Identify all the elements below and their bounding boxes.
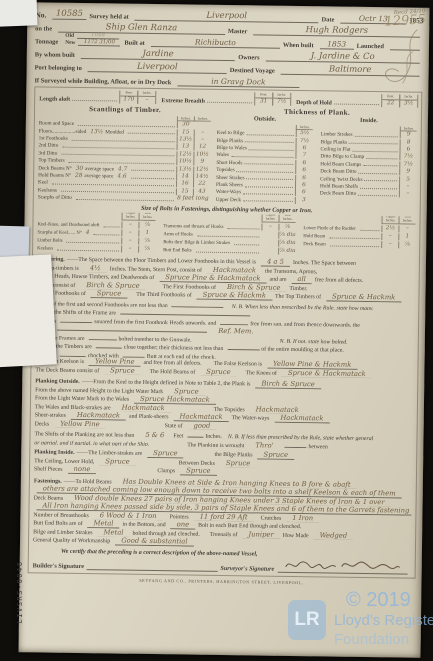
thickness-value: 6 bbox=[295, 160, 312, 167]
row-label: Sheer Strakes bbox=[216, 175, 244, 181]
printed-text: State of bbox=[165, 423, 183, 429]
survey-number: 10585 bbox=[56, 8, 83, 18]
printed-text: Sheer-strakes bbox=[35, 413, 66, 419]
archive-reference: LIVSRS-0046 bbox=[16, 546, 24, 638]
thickness-value: 5 bbox=[399, 176, 416, 183]
surveyor-signature-line bbox=[277, 556, 408, 574]
thickness-value: 6 bbox=[399, 146, 416, 153]
copper-value: – bbox=[121, 246, 138, 253]
printed-text: and are bbox=[269, 277, 286, 283]
spacer bbox=[174, 409, 214, 411]
builder-signature-blank bbox=[87, 569, 217, 572]
copper-value: 2½ bbox=[381, 225, 398, 232]
planking-inside-section: Planking Inside.——The Limber-strakes are… bbox=[34, 448, 412, 479]
depth-feet-value: 22 bbox=[387, 100, 394, 107]
signature-row: Builder's Signature Surveyor's Signature bbox=[33, 554, 411, 574]
tonnage-old-new: Old1048 New1172 31/00 bbox=[65, 31, 120, 46]
thickness-value: 7½ bbox=[296, 138, 313, 145]
thickness-value: 3 bbox=[295, 197, 312, 204]
table-row: Deck Beam–⅞ bbox=[303, 239, 415, 249]
copper-value: – bbox=[261, 224, 278, 231]
sided-value: 15 bbox=[177, 129, 194, 136]
handwritten-entry: Wedged bbox=[314, 531, 354, 541]
moulded-value: 14½ bbox=[193, 174, 210, 181]
thickness-value: 5½ bbox=[296, 130, 313, 137]
printed-text: 1st Foothooks bbox=[39, 135, 68, 141]
row-label: Bilge Planks bbox=[321, 139, 347, 145]
printed-text: Clamps bbox=[157, 468, 175, 474]
scarph-length-value: 8 feet long bbox=[176, 196, 210, 203]
row-label: Short Hoods bbox=[216, 160, 242, 166]
tonnage-new-value: 1172 31/00 bbox=[84, 39, 115, 45]
handwritten-entry: Thro' bbox=[249, 441, 279, 450]
survey-port: Liverpool bbox=[206, 10, 247, 21]
handwritten-entry: Spruce bbox=[258, 451, 295, 461]
handwritten-entry: Good & substantial bbox=[115, 537, 193, 547]
sided-value: 16 bbox=[176, 181, 193, 188]
sided-value: 10½ bbox=[176, 159, 193, 166]
handwritten-entry: 4.7 bbox=[118, 166, 127, 172]
printed-text: The Top Timbers of bbox=[275, 294, 321, 301]
printed-text: Limber Bolts bbox=[37, 239, 63, 244]
thickness-value: 9 bbox=[400, 132, 417, 139]
row-label: Ceiling 'twixt Decks bbox=[320, 176, 363, 183]
thickness-value: 6 bbox=[295, 175, 312, 182]
printed-text: Lower Pintle of the Rudder bbox=[303, 226, 356, 232]
destined-voyage-label: Destined Voyage bbox=[230, 67, 275, 75]
breadth-inches-cell: Inchs.7½ bbox=[272, 93, 291, 105]
port-belonging-label: Port belonging to bbox=[35, 64, 82, 72]
paper-tab bbox=[0, 0, 38, 27]
thickness-value: 6 bbox=[295, 182, 312, 189]
owners-label: Owners bbox=[238, 54, 259, 61]
thickness-value: – bbox=[399, 191, 416, 198]
row-label: Bilge Planks bbox=[217, 138, 243, 144]
sided-value: 12½ bbox=[176, 151, 193, 158]
on-the-label: on the bbox=[35, 25, 52, 32]
iron-value: – bbox=[398, 226, 415, 233]
copper-value: – bbox=[121, 230, 138, 237]
iron-value: 1 bbox=[398, 234, 415, 241]
bolts-section: Size of Bolts in Fastenings, distinguish… bbox=[37, 204, 416, 257]
sided-value: 13½ bbox=[177, 136, 194, 143]
copper-column-header: Copper Inches. bbox=[262, 214, 279, 223]
tonnage-new-label: New bbox=[65, 39, 75, 45]
printed-text: 3rd Ditto bbox=[38, 150, 57, 156]
length-feet-value: 170 bbox=[123, 96, 134, 103]
printed-text: 2nd Ditto bbox=[39, 143, 59, 149]
sided-value: 30 bbox=[177, 122, 194, 129]
owners-value: J. Jardine & Co bbox=[311, 51, 375, 62]
printed-text: the Bilge Planks bbox=[215, 452, 253, 459]
blank-rule bbox=[60, 348, 86, 356]
printed-text: in the Bottom, and bbox=[122, 522, 165, 529]
thickness-value: 8 bbox=[400, 139, 417, 146]
row-label: Wales bbox=[216, 152, 229, 158]
depth-inches-value: 3½ bbox=[404, 100, 413, 107]
handwritten-entry: Hackmatack bbox=[274, 414, 329, 424]
handwritten-entry: 30 bbox=[76, 166, 83, 172]
when-built-value: 1853 bbox=[327, 39, 346, 48]
printed-text: Butt End Bolts are of bbox=[33, 521, 82, 528]
thickness-value: 9 bbox=[399, 169, 416, 176]
breadth-feet-cell: Feet.31 bbox=[254, 93, 273, 105]
scantlings-table: Scantlings of Timber. Inches.Inches. Roo… bbox=[38, 104, 211, 203]
handwritten-entry: Birch & Spruce bbox=[255, 380, 321, 390]
copper-value: – bbox=[381, 241, 398, 248]
iron-column-header: Iron Inches. bbox=[279, 214, 296, 223]
handwritten-entry: Juniper bbox=[242, 530, 279, 540]
iron-value: ⅞ dia bbox=[278, 232, 295, 239]
printed-text: Pointers bbox=[170, 514, 189, 520]
handwritten-entry: 4.6 bbox=[117, 174, 126, 180]
printed-text: The Topsides bbox=[214, 407, 245, 413]
sided-value: 15 bbox=[176, 188, 193, 195]
row-label: Upper Deck bbox=[216, 197, 241, 203]
depth-feet-cell: Feet.22 bbox=[381, 94, 400, 106]
printed-text: Butt End Bolts bbox=[163, 248, 192, 253]
built-at-value: Richibucto bbox=[195, 37, 236, 47]
printed-text: The Third Foothooks of bbox=[136, 292, 192, 299]
row-label: Topsides bbox=[216, 167, 234, 173]
blank-rule bbox=[187, 430, 203, 438]
built-at-label: Built at bbox=[124, 39, 145, 46]
copper-column-header: Copper Inches. bbox=[381, 215, 398, 224]
printed-text: Keel bbox=[38, 180, 48, 186]
printed-text: The Planking is wrought bbox=[187, 442, 244, 449]
form-content: No. 10585 Survey held at Liverpool Date … bbox=[27, 6, 424, 654]
spacer bbox=[99, 470, 157, 472]
dotted-leader bbox=[72, 100, 117, 102]
printed-text: ——The Limber-strakes are bbox=[77, 450, 143, 457]
table-row: Keelson–⅞ bbox=[37, 244, 155, 254]
printed-text: Between Decks bbox=[179, 460, 215, 467]
iron-column-header: Iron Inches. bbox=[398, 216, 415, 225]
table-row: Upper Deck3 bbox=[216, 195, 312, 204]
thickness-value: 6 bbox=[295, 189, 312, 196]
table-row: Butt End Bolts⅞ dia bbox=[163, 245, 295, 255]
row-label: Hold Beam Clamps bbox=[320, 161, 361, 168]
spacer bbox=[151, 445, 187, 447]
document-scan: Recd 24/10 12955 No. 10585 Survey held a… bbox=[0, 0, 433, 661]
printed-note: or partial, and if partial, in what part… bbox=[34, 440, 149, 448]
printed-text: Room and Space bbox=[39, 121, 74, 127]
paper-scrap-white bbox=[0, 254, 57, 367]
spacer bbox=[139, 463, 179, 465]
drydock-value: in Gravg Dock bbox=[211, 76, 265, 86]
printed-text: Scarphs of Keel...... N° bbox=[37, 231, 81, 237]
copper-value: – bbox=[121, 238, 138, 245]
tonnage-old-value: 1048 bbox=[91, 32, 105, 38]
tonnage-label: Tonnage bbox=[35, 38, 58, 45]
handwritten-entry: Spruce & Hackmatack bbox=[282, 369, 372, 379]
moulded-value: 10½ bbox=[193, 151, 210, 158]
length-aloft-label: Length aloft bbox=[39, 96, 70, 102]
moulded-value: 43 bbox=[193, 188, 210, 195]
handwritten-entry: Spruce bbox=[220, 459, 257, 469]
copper-value: – bbox=[121, 222, 138, 229]
printed-text: The Hold Beams of bbox=[150, 369, 196, 376]
handwritten-entry: Spruce bbox=[180, 467, 217, 477]
iron-value: ⅞ dia bbox=[278, 240, 295, 247]
spacer bbox=[187, 455, 215, 456]
printed-text: Inches. The Space between bbox=[293, 260, 356, 267]
printed-heading: Fastenings. bbox=[34, 478, 62, 484]
iron-value: 1 bbox=[138, 230, 155, 237]
blank-rule bbox=[96, 340, 122, 348]
printed-text: Moulded bbox=[105, 129, 124, 135]
spacer bbox=[109, 425, 165, 427]
row-label: Water-Ways bbox=[216, 189, 241, 195]
row-label: Ditto Bilge to Clamp bbox=[320, 154, 364, 161]
sided-value: 13 bbox=[176, 144, 193, 151]
row-label: Plank Sheers bbox=[216, 182, 243, 188]
blank-rule bbox=[60, 314, 92, 322]
iron-value: ⅞ bbox=[278, 224, 295, 231]
builder-name: Jardine bbox=[142, 48, 173, 58]
depth-of-hold-label: Depth of Hold bbox=[296, 99, 332, 105]
printed-text: Deck Beams N° bbox=[38, 165, 72, 171]
printed-text: Top Timbers bbox=[38, 158, 64, 164]
printed-text: Keelson bbox=[37, 247, 53, 252]
bolts-group-1: Copper Inches.Iron Inches. Keel-Knee, an… bbox=[37, 212, 156, 254]
printed-text: Hold Beams N° bbox=[38, 172, 71, 178]
dotted-leader bbox=[334, 104, 379, 106]
iron-column-header: Iron Inches. bbox=[139, 212, 156, 221]
table-row: Keel-Knee, and Deadwood aloft–⅞ bbox=[37, 220, 155, 230]
timbering-section: Timbering.——The Space between the Floor … bbox=[35, 255, 415, 379]
iron-value: ⅞ dia bbox=[278, 248, 295, 255]
sided-value: 14 bbox=[176, 173, 193, 180]
iron-value: ⅞ bbox=[138, 246, 155, 253]
printed-heading: Planking Outside. bbox=[35, 379, 80, 386]
row-label: Ceiling in Flat bbox=[320, 146, 350, 152]
dotted-leader bbox=[207, 102, 252, 104]
length-feet-cell: Feet.170 bbox=[119, 91, 138, 103]
table-row: Deck Beam Ditto– bbox=[320, 189, 416, 198]
depth-inches-cell: Inchs.3½ bbox=[399, 95, 418, 107]
handwritten-entry: none bbox=[67, 465, 96, 474]
handwritten-entry: 28 bbox=[75, 173, 82, 179]
planking-outside-section: Planking Outside.——From the Keel to the … bbox=[34, 377, 413, 450]
handwritten-entry: Spruce bbox=[200, 367, 237, 377]
printed-text: Shelf Pieces bbox=[34, 467, 63, 473]
printed-text: Arms of Hooks bbox=[163, 232, 193, 237]
by-whom-built-label: By whom built bbox=[35, 51, 75, 59]
printed-text: between bbox=[308, 444, 327, 450]
spacer bbox=[130, 295, 136, 296]
printed-text: Treenails of bbox=[210, 532, 238, 538]
printed-text: How Made bbox=[283, 533, 309, 539]
moulded-value: 12½ bbox=[193, 166, 210, 173]
form-body: Length aloft Feet.170 Inchs.– Extreme Br… bbox=[28, 86, 423, 579]
date-label: Date bbox=[322, 16, 335, 23]
iron-value: ⅞ bbox=[398, 242, 415, 249]
printed-text: Decks bbox=[35, 421, 50, 427]
printed-text: free from all defects. bbox=[315, 277, 363, 284]
survey-form-page: Recd 24/10 12955 No. 10585 Survey held a… bbox=[18, 2, 429, 658]
blank-rule bbox=[88, 332, 116, 340]
printed-text: General Quality of Workmanship bbox=[33, 538, 110, 545]
printed-text: The False Keelson is bbox=[214, 361, 263, 368]
spacer bbox=[149, 287, 163, 288]
thickness-value: 6 bbox=[295, 167, 312, 174]
extreme-breadth-label: Extreme Breadth bbox=[161, 98, 205, 105]
port-belonging-value: Liverpool bbox=[137, 61, 178, 72]
printed-text: Timber. bbox=[289, 286, 307, 292]
blank-rule bbox=[220, 317, 248, 325]
builder-signature-label: Builder's Signature bbox=[33, 562, 84, 570]
blank-rule bbox=[284, 440, 306, 448]
inches-column-header: Inches. bbox=[194, 116, 211, 121]
printed-text: average space bbox=[84, 173, 113, 179]
printed-text: The Deck Beams consist of bbox=[35, 367, 99, 374]
moulded-value: 12 bbox=[193, 144, 210, 151]
moulded-value: 9 bbox=[193, 159, 210, 166]
iron-value: ⅞ bbox=[138, 238, 155, 245]
plank-inside-column: Inside. Inches. Limber Strakes9 Bilge Pl… bbox=[320, 116, 417, 206]
destined-voyage-value: Baltimore bbox=[329, 64, 372, 75]
copper-value: – bbox=[381, 233, 398, 240]
printed-text: The Knees of bbox=[246, 370, 277, 376]
printed-text: Floors..................sided bbox=[39, 128, 87, 135]
thickness-value: 7 bbox=[295, 152, 312, 159]
thickness-value: 7½ bbox=[399, 161, 416, 168]
drydock-label: If Surveyed while Building, Afloat, or i… bbox=[34, 77, 171, 86]
survey-held-label: Survey held at bbox=[89, 13, 129, 21]
when-built-label: When built bbox=[283, 41, 314, 48]
row-label: Hold Beam Shelfs bbox=[320, 183, 358, 190]
printed-text: Deck Beams bbox=[34, 495, 64, 501]
moulded-value: 22 bbox=[193, 181, 210, 188]
handwritten-entry: Spruce bbox=[104, 366, 141, 376]
thickness-value: 7½ bbox=[399, 154, 416, 161]
ink-flourish bbox=[372, 25, 423, 96]
bolts-group-2: Copper Inches.Iron Inches. Transoms and … bbox=[163, 213, 296, 255]
copper-column-header: Copper Inches. bbox=[122, 212, 139, 221]
blank-rule bbox=[227, 342, 259, 350]
spacer bbox=[202, 534, 210, 535]
printed-text: Keelsons bbox=[38, 187, 57, 193]
thickness-value: 6 bbox=[295, 145, 312, 152]
handwritten-entry: 13½ bbox=[90, 129, 103, 135]
iron-value: ⅞ bbox=[138, 222, 155, 229]
moulded-value: – bbox=[194, 137, 211, 144]
row-label: Limber Strakes bbox=[321, 132, 353, 138]
plank-thickness-table: Thickness of Plank. Outside. Inches. Kee… bbox=[216, 106, 417, 205]
row-label: Deck Beam Ditto bbox=[320, 169, 356, 176]
surveyor-signature-scrawl bbox=[283, 557, 401, 572]
printed-text: Crutches bbox=[261, 515, 282, 521]
fastenings-section: Fastenings.——To Hold BeamsHas Double Kne… bbox=[33, 476, 412, 549]
row-label: Deck Beam Ditto bbox=[320, 191, 356, 198]
length-inches-value: – bbox=[145, 96, 148, 103]
printed-text: Scarphs of Ditto bbox=[38, 195, 72, 201]
row-label: Bilge to Wales bbox=[216, 145, 246, 151]
spacer bbox=[204, 364, 214, 365]
breadth-feet-value: 31 bbox=[260, 98, 267, 105]
blank-rule bbox=[123, 349, 145, 357]
length-inches-cell: Inchs.– bbox=[137, 91, 156, 103]
moulded-value: – bbox=[194, 129, 211, 136]
printed-text: Hold Beam bbox=[303, 234, 325, 239]
thickness-value: – bbox=[399, 183, 416, 190]
handwritten-entry: 4 bbox=[86, 230, 90, 236]
row-label: Keel to Bilge bbox=[217, 130, 245, 136]
bolts-group-3: Copper Inches.Iron Inches. Lower Pintle … bbox=[303, 215, 416, 257]
plank-outside-column: Outside. Inches. Keel to Bilge5½ Bilge P… bbox=[216, 114, 313, 204]
printed-text: and Plank-sheers bbox=[129, 414, 169, 421]
printed-text: and free from all defects. bbox=[143, 360, 201, 367]
printed-text: Transoms and throats of Hooks bbox=[163, 224, 223, 230]
master-name: Hugh Rodgers bbox=[306, 25, 369, 36]
breadth-inches-value: 7½ bbox=[277, 98, 286, 105]
printed-text: Keel-Knee, and Deadwood aloft bbox=[37, 223, 99, 229]
blank-rule bbox=[172, 299, 224, 308]
tables-section: Scantlings of Timber. Inches.Inches. Roo… bbox=[38, 104, 417, 206]
table-row: Scarphs of Ditto8 feet long bbox=[38, 193, 210, 203]
printed-text: Bolts thro' Bilge & Limber Strakes bbox=[163, 240, 230, 246]
sided-value: 13½ bbox=[176, 166, 193, 173]
printed-text: Deck Beam bbox=[303, 242, 326, 247]
surveyor-signature-label: Surveyor's Signature bbox=[220, 565, 274, 573]
master-label: Master bbox=[228, 28, 248, 35]
printed-heading: Planking Inside. bbox=[34, 450, 74, 457]
printed-text: average space bbox=[85, 166, 114, 172]
printed-text: The Water-ways bbox=[232, 415, 270, 422]
